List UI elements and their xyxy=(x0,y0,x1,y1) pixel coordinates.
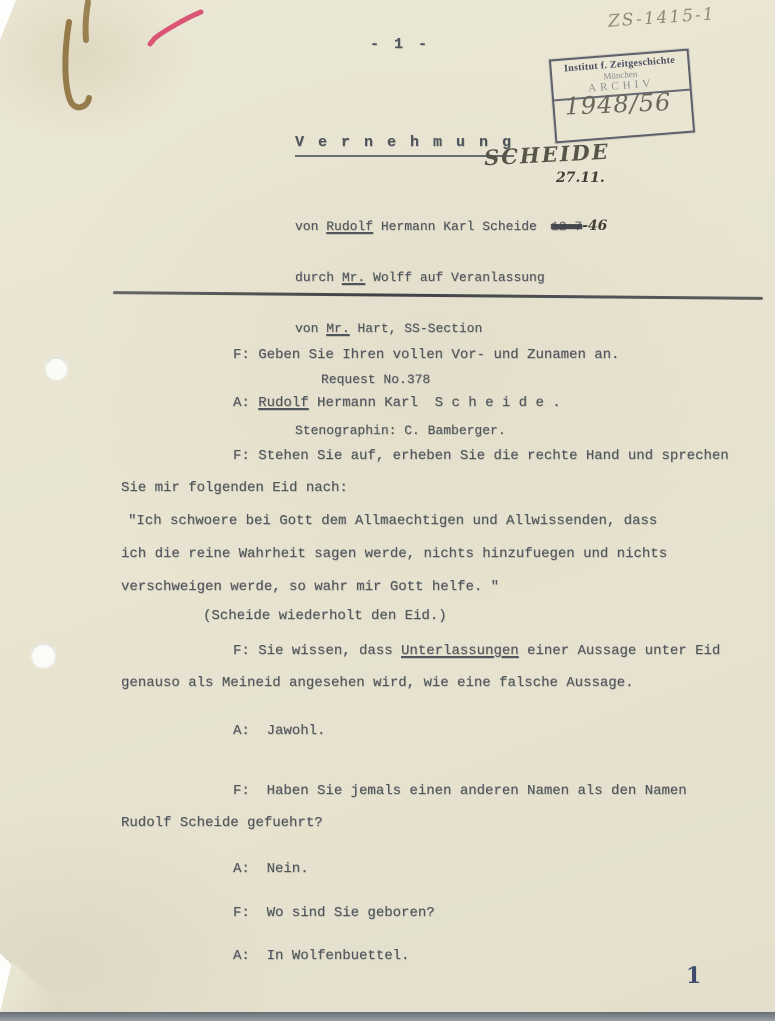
header-text: durch xyxy=(295,270,342,285)
header-mr-underlined: Mr. xyxy=(342,270,365,285)
question-word-underlined: Unterlassungen xyxy=(401,643,519,659)
punch-hole xyxy=(45,357,68,380)
header-line-request-number: Request No.378 xyxy=(295,371,607,388)
scanner-edge xyxy=(0,1012,775,1021)
red-check-mark-icon xyxy=(146,8,206,50)
scanned-document: ZS-1415-1 Institut f. Zeitgeschichte Mün… xyxy=(0,0,775,1021)
question-text: F: Sie wissen, dass xyxy=(233,643,401,659)
header-text: Hart, SS-Section xyxy=(350,321,483,336)
transcript-question: F: Sie wissen, dass Unterlassungen einer… xyxy=(233,643,720,659)
header-text: von xyxy=(295,219,326,234)
answer-text: . xyxy=(544,395,561,411)
page-number: - 1 - xyxy=(370,36,430,54)
transcript-answer: A: Nein. xyxy=(233,861,309,877)
transcript-answer: A: Jawohl. xyxy=(233,723,325,739)
header-text: von xyxy=(295,321,326,336)
answer-prefix: A: xyxy=(233,395,258,411)
answer-surname-spaced: S c h e i d e xyxy=(435,395,544,411)
transcript-question: F: Geben Sie Ihren vollen Vor- und Zunam… xyxy=(233,347,619,363)
transcript-stage-direction: (Scheide wiederholt den Eid.) xyxy=(203,608,447,624)
struck-date: 12-7 xyxy=(551,219,582,234)
header-line-stenographer: Stenographin: C. Bamberger. xyxy=(295,422,607,439)
transcript-answer: A: Rudolf Hermann Karl S c h e i d e . xyxy=(233,395,561,411)
document-title: V e r n e h m u n g xyxy=(295,134,514,157)
header-line-interrogator: durch Mr. Wolff auf Veranlassung xyxy=(295,269,607,286)
archive-stamp: Institut f. Zeitgeschichte München ARCHI… xyxy=(549,49,695,144)
transcript-question: F: Haben Sie jemals einen anderen Namen … xyxy=(233,783,687,799)
question-text: einer Aussage unter Eid xyxy=(519,643,721,659)
header-text: Wolff auf Veranlassung xyxy=(365,270,544,285)
transcript-answer: A: In Wolfenbuettel. xyxy=(233,948,409,964)
transcript-oath-line: "Ich schwoere bei Gott dem Allmaechtigen… xyxy=(128,513,657,529)
header-name-underlined: Rudolf xyxy=(326,219,373,234)
handwritten-page-mark: 1 xyxy=(686,963,701,989)
transcript-line: Sie mir folgenden Eid nach: xyxy=(121,480,348,496)
stamp-number-box: 1948/56 xyxy=(554,91,692,128)
transcript-question: F: Stehen Sie auf, erheben Sie die recht… xyxy=(233,448,729,464)
punch-hole xyxy=(31,643,56,668)
answer-text: Hermann Karl xyxy=(309,395,435,411)
transcript-line: genauso als Meineid angesehen wird, wie … xyxy=(121,675,633,691)
paperclip-stain-icon xyxy=(55,0,115,130)
header-text: Hermann Karl Scheide xyxy=(373,219,537,234)
transcript-question: F: Wo sind Sie geboren? xyxy=(233,905,435,921)
stamp-accession-number: 1948/56 xyxy=(564,88,672,121)
handwritten-year: -46 xyxy=(582,218,607,234)
transcript-oath-line: ich die reine Wahrheit sagen werde, nich… xyxy=(121,546,667,562)
header-line-requestor: von Mr. Hart, SS-Section xyxy=(295,320,607,337)
header-line-subject: von Rudolf Hermann Karl Scheide12-7-46 xyxy=(295,218,607,235)
transcript-line: Rudolf Scheide gefuehrt? xyxy=(121,815,323,831)
document-header-block: von Rudolf Hermann Karl Scheide12-7-46 d… xyxy=(295,184,607,473)
header-mr-underlined: Mr. xyxy=(326,321,349,336)
answer-name-underlined: Rudolf xyxy=(258,395,308,411)
transcript-oath-line: verschweigen werde, so wahr mir Gott hel… xyxy=(121,579,499,595)
